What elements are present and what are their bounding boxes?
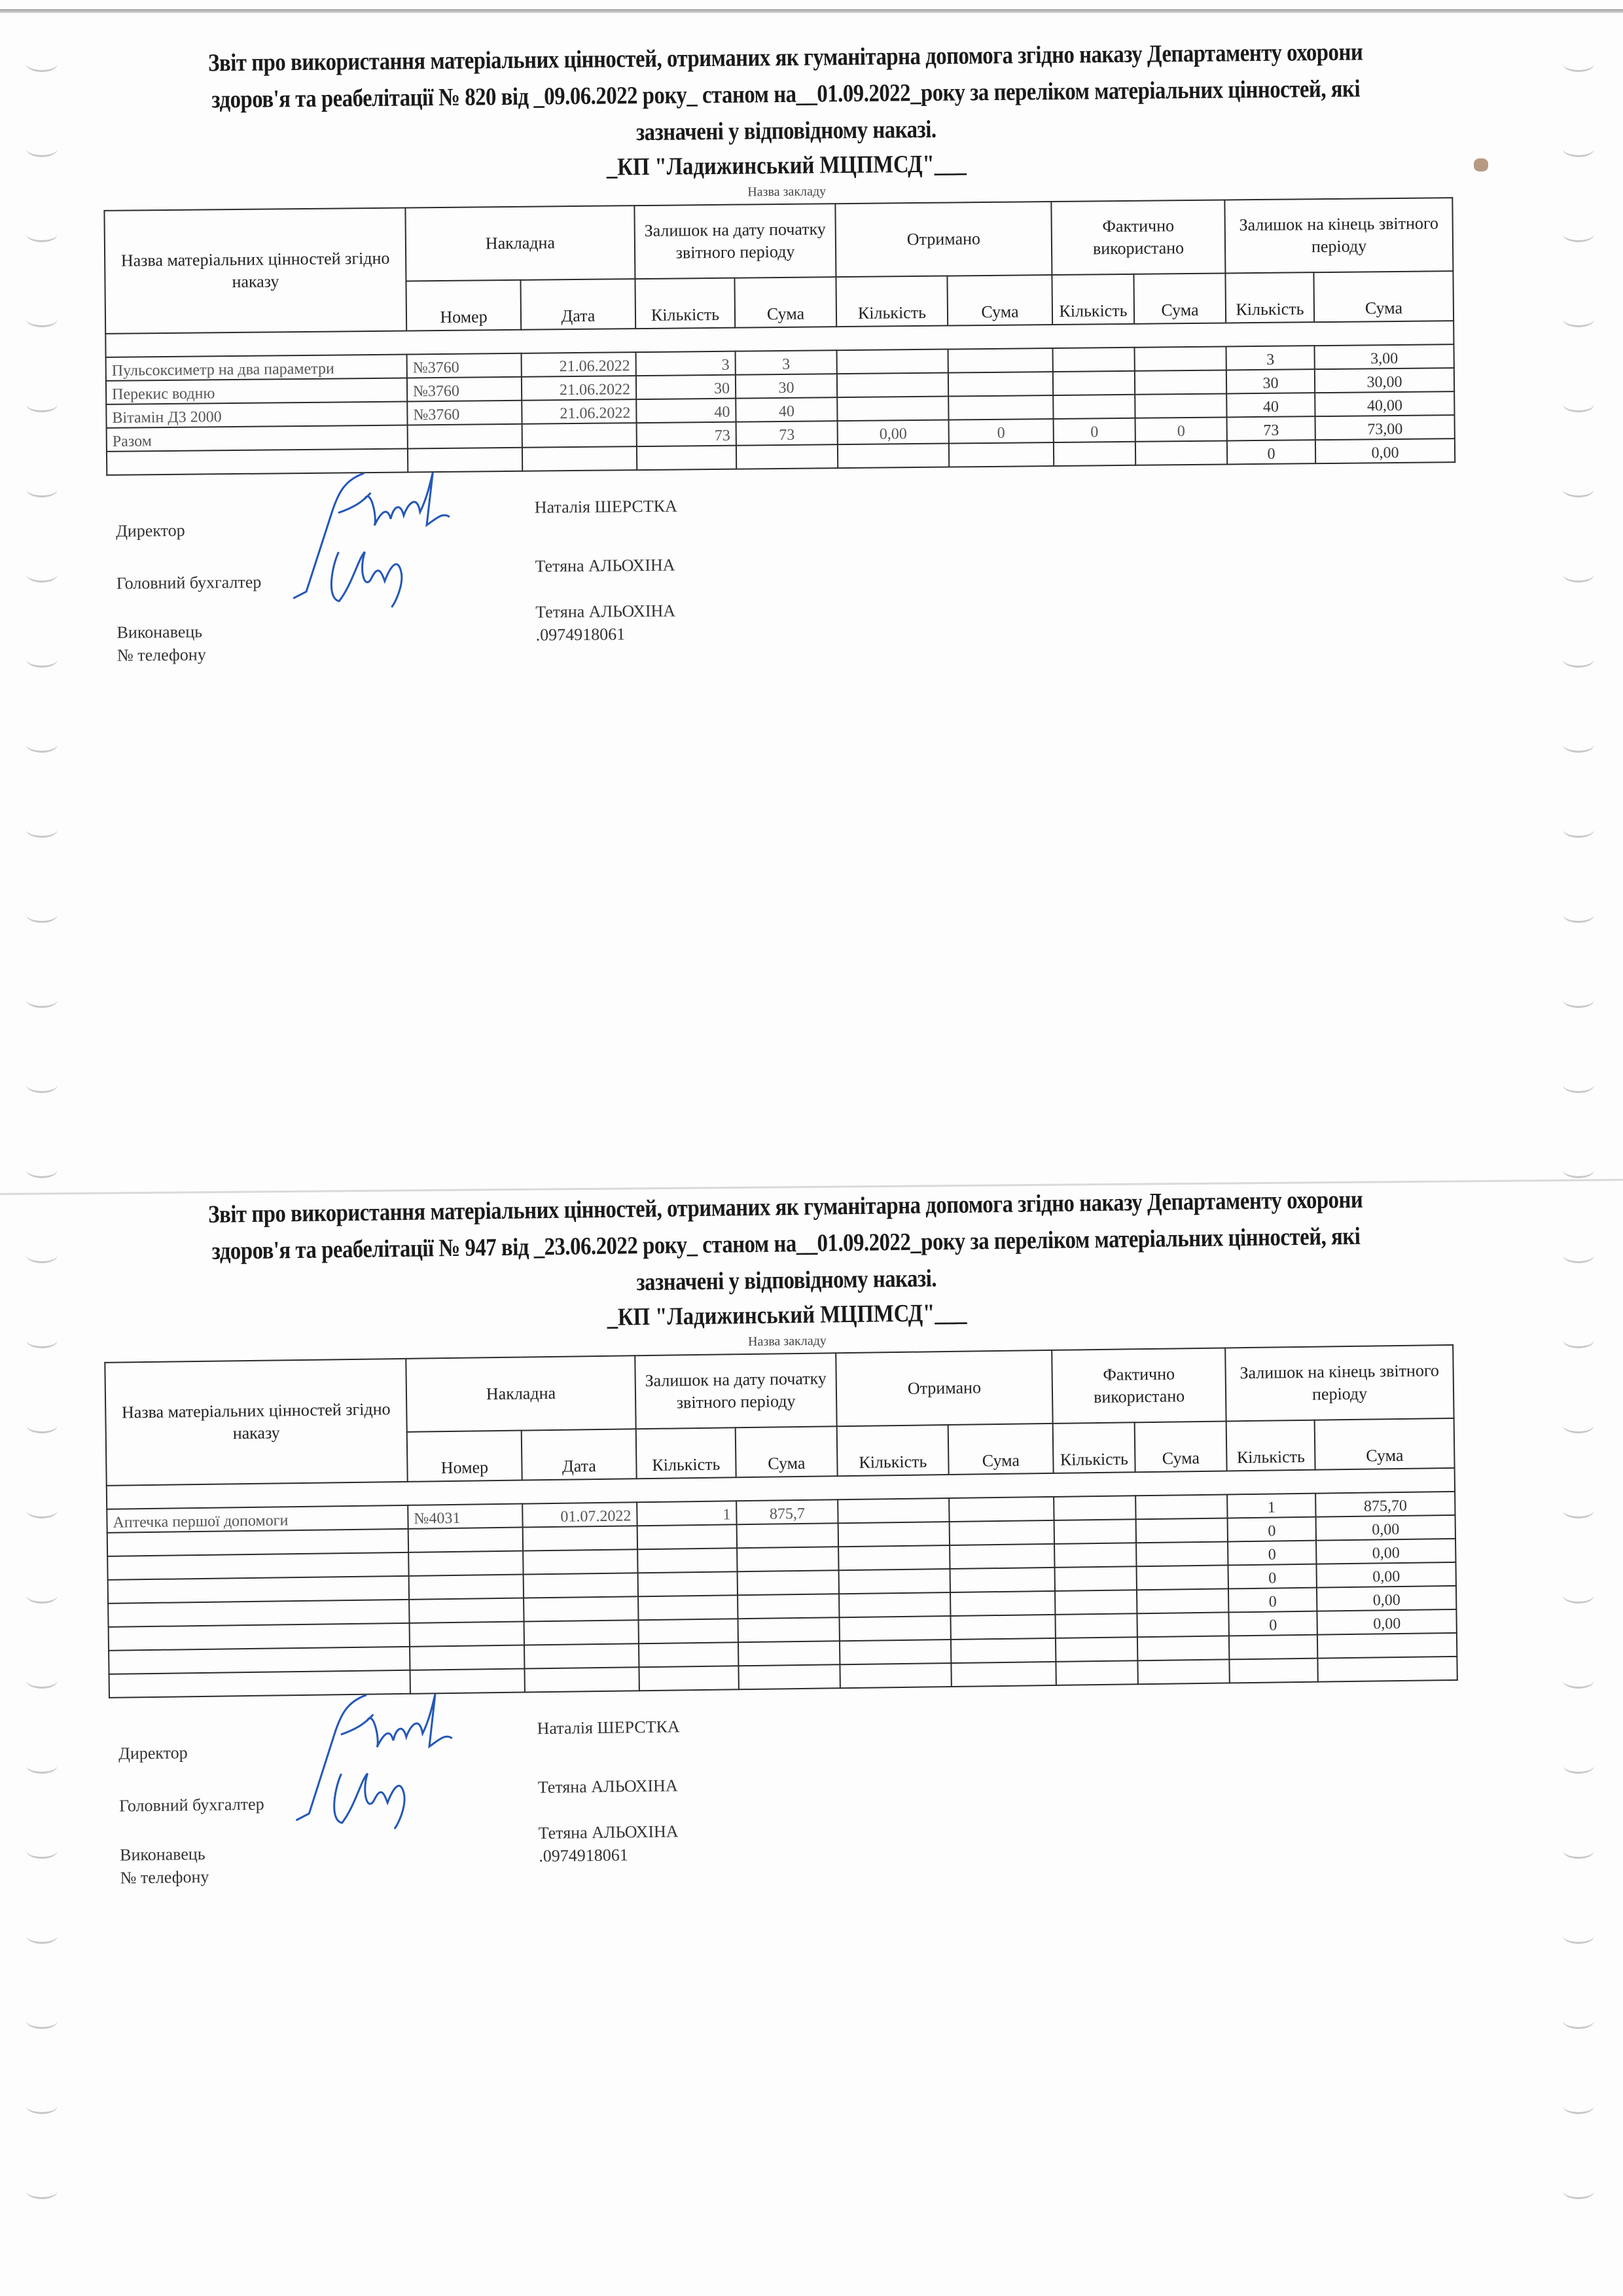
- cell-date: [522, 423, 637, 448]
- col-header-qty: Кількість: [1226, 1420, 1315, 1471]
- director-name: Наталія ШЕРСТКА: [537, 1717, 679, 1738]
- cell-end-sum: 0,00: [1315, 439, 1455, 463]
- accountant-name: Тетяна АЛЬОХІНА: [535, 556, 675, 577]
- punch-hole: [26, 1417, 58, 1433]
- cell-recv-qty: [840, 1663, 951, 1688]
- cell-start-qty: 1: [637, 1501, 736, 1526]
- cell-date: [523, 1549, 637, 1574]
- cell-start-sum: [738, 1641, 840, 1666]
- punch-hole: [1563, 906, 1594, 923]
- col-header-used: Фактично використано: [1051, 200, 1225, 275]
- cell-used-sum: [1136, 1518, 1228, 1543]
- cell-date: [524, 1596, 638, 1621]
- punch-hole: [26, 736, 58, 753]
- punch-hole: [1563, 821, 1594, 838]
- cell-recv-sum: [950, 1520, 1054, 1545]
- cell-end-qty: 0: [1228, 1517, 1316, 1542]
- col-header-qty: Кількість: [636, 1427, 736, 1479]
- punch-hole: [1563, 1162, 1594, 1178]
- cell-recv-sum: [949, 1497, 1054, 1522]
- signature-block: Директор Наталія ШЕРСТКА Головний бухгал…: [105, 1693, 1481, 1881]
- cell-used-qty: [1055, 1613, 1137, 1638]
- cell-name: [109, 1647, 410, 1674]
- cell-end-qty: 0: [1228, 1541, 1316, 1566]
- punch-hole: [26, 56, 58, 72]
- cell-name: [108, 1576, 409, 1604]
- phone-number: .0974918061: [539, 1845, 628, 1866]
- col-header-sum: Сума: [1313, 271, 1454, 322]
- cell-start-qty: 40: [636, 399, 736, 423]
- signature-ink: [268, 1686, 545, 1833]
- punch-hole: [1563, 1077, 1594, 1093]
- cell-used-qty: [1053, 348, 1135, 372]
- cell-start-sum: [736, 444, 838, 469]
- cell-number: №4031: [408, 1504, 522, 1529]
- punch-hole: [1563, 1842, 1594, 1859]
- col-header-balance-end: Залишок на кінець звітного періоду: [1224, 198, 1453, 273]
- cell-start-sum: [738, 1664, 840, 1689]
- col-header-sum: Сума: [736, 1426, 838, 1477]
- cell-recv-qty: [839, 1616, 950, 1641]
- cell-end-sum: 40,00: [1315, 391, 1454, 416]
- punch-hole: [1563, 141, 1594, 157]
- cell-name: Перекис водню: [106, 378, 407, 404]
- punch-hole: [26, 1332, 58, 1348]
- executor-name: Тетяна АЛЬОХІНА: [539, 1821, 679, 1843]
- col-header-sum: Сума: [734, 277, 836, 327]
- col-header-name: Назва матеріальних цінностей згідно нака…: [104, 208, 406, 334]
- cell-name: [107, 1529, 408, 1556]
- cell-start-qty: 73: [637, 422, 736, 446]
- col-header-sum: Сума: [1133, 273, 1226, 323]
- col-header-date: Дата: [522, 1429, 637, 1480]
- cell-start-sum: [738, 1570, 839, 1595]
- col-header-qty: Кількість: [635, 278, 735, 329]
- punch-hole: [26, 2013, 58, 2029]
- cell-start-sum: [738, 1617, 840, 1642]
- director-label: Директор: [118, 1743, 188, 1763]
- cell-number: [408, 424, 522, 449]
- cell-end-sum: 875,70: [1315, 1492, 1455, 1517]
- cell-start-sum: [737, 1523, 838, 1548]
- cell-number: [410, 1622, 524, 1647]
- cell-recv-sum: [950, 1568, 1055, 1592]
- cell-start-qty: [639, 1666, 738, 1691]
- punch-hole: [1563, 651, 1594, 668]
- col-header-sum: Сума: [1315, 1418, 1455, 1470]
- report: Звіт про використання матеріальних цінно…: [98, 33, 1478, 659]
- table-body: Аптечка першої допомоги№403101.07.202218…: [107, 1492, 1457, 1698]
- cell-name: [107, 1552, 408, 1580]
- punch-hole: [26, 311, 58, 327]
- table-header-row: Назва матеріальних цінностей згідно нака…: [104, 198, 1453, 284]
- accountant-name: Тетяна АЛЬОХІНА: [538, 1776, 678, 1797]
- cell-used-qty: [1054, 1496, 1135, 1520]
- cell-number: [410, 1645, 524, 1670]
- cell-name: [109, 1623, 410, 1651]
- director-name: Наталія ШЕРСТКА: [535, 497, 677, 518]
- punch-hole: [26, 1587, 58, 1604]
- cell-start-qty: [639, 1642, 738, 1667]
- cell-used-qty: [1055, 1590, 1137, 1615]
- punch-hole: [1563, 1757, 1594, 1774]
- cell-number: №3760: [407, 401, 522, 425]
- punch-hole: [1563, 2183, 1594, 2199]
- punch-hole: [1563, 396, 1594, 412]
- punch-hole: [26, 1162, 58, 1178]
- report-table: Назва матеріальних цінностей згідно нака…: [103, 197, 1455, 476]
- executor-label: Виконавець: [116, 622, 202, 643]
- punch-hole: [26, 1077, 58, 1093]
- cell-start-qty: [637, 1524, 737, 1549]
- col-header-sum: Сума: [948, 1424, 1054, 1475]
- cell-date: [524, 1643, 639, 1668]
- cell-name: Аптечка першої допомоги: [107, 1505, 408, 1533]
- cell-used-sum: [1135, 440, 1227, 465]
- punch-hole: [1563, 1928, 1594, 1944]
- cell-used-qty: 0: [1054, 418, 1135, 442]
- cell-recv-sum: [950, 1615, 1055, 1640]
- accountant-label: Головний бухгалтер: [119, 1795, 264, 1816]
- cell-number: №3760: [407, 353, 522, 378]
- cell-used-sum: [1135, 393, 1226, 418]
- cell-end-qty: [1229, 1659, 1317, 1683]
- punch-hole: [26, 2098, 58, 2114]
- cell-used-sum: [1137, 1659, 1229, 1684]
- cell-recv-qty: 0,00: [838, 420, 949, 445]
- cell-start-sum: 73: [736, 421, 838, 445]
- cell-date: [524, 1573, 638, 1598]
- cell-end-sum: 30,00: [1315, 368, 1454, 393]
- punch-hole: [26, 141, 58, 157]
- punch-hole: [26, 992, 58, 1008]
- cell-used-sum: [1135, 370, 1226, 394]
- cell-used-sum: [1137, 1612, 1228, 1637]
- cell-end-qty: 0: [1228, 1564, 1317, 1589]
- cell-start-qty: [638, 1571, 738, 1596]
- cell-date: 21.06.2022: [522, 352, 636, 377]
- col-header-qty: Кількість: [837, 1425, 949, 1476]
- cell-recv-sum: [951, 1662, 1056, 1687]
- punch-hole: [26, 1502, 58, 1518]
- cell-start-sum: 875,7: [736, 1499, 838, 1524]
- col-header-qty: Кількість: [836, 276, 948, 327]
- punch-hole: [26, 906, 58, 923]
- cell-recv-sum: [950, 1544, 1054, 1569]
- cell-used-qty: [1055, 1566, 1137, 1591]
- cell-date: 21.06.2022: [522, 399, 636, 424]
- cell-used-sum: 0: [1135, 417, 1227, 441]
- cell-recv-qty: [837, 397, 948, 422]
- punch-hole: [1563, 1332, 1594, 1348]
- phone-label: № телефону: [120, 1867, 209, 1888]
- col-header-used: Фактично використано: [1052, 1348, 1226, 1423]
- cell-start-qty: 30: [636, 375, 736, 399]
- cell-end-qty: 30: [1226, 369, 1315, 393]
- punch-hole: [1563, 311, 1594, 327]
- punch-hole: [26, 651, 58, 668]
- cell-start-sum: [738, 1594, 839, 1619]
- cell-used-sum: [1137, 1588, 1228, 1613]
- signature-ink: [266, 465, 542, 612]
- punch-hole: [1563, 736, 1594, 753]
- cell-recv-sum: [948, 348, 1053, 373]
- cell-number: [409, 1575, 524, 1600]
- cell-start-sum: [737, 1547, 838, 1571]
- col-header-qty: Кількість: [1052, 274, 1134, 325]
- punch-hole: [26, 1672, 58, 1689]
- col-header-invoice: Накладна: [406, 1355, 635, 1432]
- cell-recv-sum: [948, 395, 1053, 420]
- cell-end-qty: 0: [1228, 1588, 1317, 1613]
- phone-number: .0974918061: [536, 624, 626, 645]
- report-table: Назва матеріальних цінностей згідно нака…: [104, 1344, 1458, 1698]
- punch-hole: [1563, 1587, 1594, 1604]
- cell-used-sum: [1135, 346, 1226, 370]
- cell-start-qty: [637, 446, 736, 470]
- cell-used-qty: [1054, 1543, 1136, 1568]
- cell-end-qty: [1229, 1635, 1317, 1660]
- cell-date: [524, 1620, 639, 1645]
- col-header-received: Отримано: [836, 1350, 1052, 1426]
- punch-hole: [26, 1247, 58, 1263]
- cell-start-sum: 30: [736, 374, 837, 398]
- cell-date: [523, 1526, 637, 1551]
- cell-start-qty: [639, 1619, 738, 1643]
- punch-hole: [1563, 1247, 1594, 1263]
- report: Звіт про використання матеріальних цінно…: [98, 1180, 1481, 1882]
- phone-label: № телефону: [117, 645, 206, 665]
- cell-recv-qty: [837, 373, 948, 398]
- cell-recv-sum: [948, 372, 1053, 397]
- director-label: Директор: [116, 521, 185, 541]
- cell-number: [409, 1598, 524, 1623]
- cell-end-sum: 73,00: [1315, 415, 1455, 440]
- punch-hole: [1563, 1417, 1594, 1433]
- punch-hole: [1563, 226, 1594, 242]
- cell-recv-qty: [839, 1592, 950, 1617]
- punch-hole: [26, 1757, 58, 1774]
- punch-hole: [26, 1842, 58, 1859]
- cell-number: №3760: [407, 377, 522, 402]
- cell-recv-sum: [951, 1638, 1056, 1663]
- punch-hole: [1563, 1672, 1594, 1689]
- punch-hole: [1563, 566, 1594, 583]
- col-header-balance-start: Залишок на дату початку звітного періоду: [634, 204, 836, 279]
- cell-end-qty: 0: [1227, 440, 1315, 464]
- cell-start-qty: 3: [636, 351, 736, 376]
- cell-used-qty: [1056, 1660, 1137, 1685]
- cell-end-sum: 0,00: [1316, 1539, 1455, 1564]
- cell-used-sum: [1136, 1541, 1228, 1566]
- paper-stain: [1474, 158, 1488, 171]
- cell-used-sum: [1137, 1565, 1228, 1590]
- cell-start-sum: 40: [736, 397, 837, 422]
- cell-end-qty: 73: [1227, 416, 1315, 440]
- cell-recv-qty: [838, 444, 949, 469]
- col-header-name: Назва матеріальних цінностей згідно нака…: [105, 1359, 407, 1486]
- punch-hole: [26, 396, 58, 412]
- col-header-qty: Кількість: [1053, 1422, 1135, 1473]
- cell-used-sum: [1137, 1636, 1229, 1660]
- col-header-invoice: Накладна: [405, 206, 635, 281]
- cell-used-qty: [1053, 395, 1135, 419]
- cell-recv-qty: [838, 1498, 949, 1523]
- col-header-number: Номер: [406, 280, 521, 331]
- table-body: Пульсоксиметр на два параметри№376021.06…: [106, 344, 1455, 475]
- cell-date: 21.06.2022: [522, 376, 636, 401]
- executor-name: Тетяна АЛЬОХІНА: [535, 601, 675, 622]
- cell-end-sum: 0,00: [1316, 1515, 1455, 1541]
- punch-hole: [1563, 2098, 1594, 2114]
- cell-name: Пульсоксиметр на два параметри: [106, 354, 407, 380]
- cell-start-sum: 3: [736, 350, 837, 374]
- cell-start-qty: [637, 1548, 737, 1573]
- cell-used-qty: [1054, 1519, 1136, 1544]
- cell-recv-sum: [950, 1591, 1055, 1616]
- cell-end-sum: [1317, 1657, 1457, 1682]
- punch-hole: [26, 821, 58, 838]
- cell-used-sum: [1135, 1494, 1227, 1519]
- col-header-date: Дата: [520, 279, 635, 330]
- cell-number: [408, 1528, 523, 1552]
- scan-page-edge: [0, 9, 1623, 13]
- punch-hole: [1563, 1502, 1594, 1518]
- cell-used-qty: [1054, 442, 1135, 466]
- cell-recv-qty: [837, 350, 948, 374]
- cell-end-qty: 3: [1226, 346, 1315, 370]
- col-header-balance-start: Залишок на дату початку звітного періоду: [635, 1353, 836, 1429]
- cell-end-sum: 0,00: [1317, 1609, 1456, 1635]
- cell-recv-qty: [839, 1569, 950, 1594]
- cell-name: [108, 1600, 409, 1627]
- executor-label: Виконавець: [120, 1844, 205, 1865]
- col-header-qty: Кількість: [1225, 272, 1314, 323]
- cell-number: [408, 1551, 523, 1576]
- cell-date: 01.07.2022: [522, 1502, 637, 1527]
- cell-used-qty: [1056, 1637, 1137, 1662]
- col-header-sum: Сума: [1135, 1421, 1227, 1472]
- cell-used-qty: [1053, 371, 1135, 395]
- cell-end-sum: 0,00: [1317, 1562, 1456, 1588]
- cell-end-qty: 0: [1228, 1611, 1317, 1636]
- punch-hole: [1563, 2013, 1594, 2029]
- punch-hole: [26, 226, 58, 242]
- cell-recv-qty: [838, 1545, 950, 1570]
- col-header-received: Отримано: [835, 202, 1052, 277]
- punch-hole: [1563, 56, 1594, 72]
- cell-end-sum: 3,00: [1315, 344, 1454, 369]
- col-header-sum: Сума: [947, 275, 1052, 326]
- punch-hole: [26, 1928, 58, 1944]
- col-header-balance-end: Залишок на кінець звітного періоду: [1225, 1345, 1454, 1422]
- cell-recv-qty: [840, 1640, 951, 1664]
- cell-end-qty: 40: [1226, 393, 1315, 417]
- cell-recv-qty: [838, 1522, 950, 1547]
- punch-hole: [26, 566, 58, 583]
- punch-hole: [26, 2183, 58, 2199]
- punch-hole: [1563, 992, 1594, 1008]
- cell-recv-sum: 0: [949, 419, 1054, 444]
- cell-end-qty: 1: [1227, 1494, 1315, 1518]
- cell-recv-sum: [949, 442, 1054, 467]
- cell-end-sum: [1317, 1633, 1457, 1659]
- cell-start-qty: [638, 1595, 738, 1620]
- punch-hole: [1563, 481, 1594, 497]
- cell-name: Разом: [107, 425, 408, 451]
- cell-name: Вітамін Д3 2000: [106, 401, 407, 427]
- signature-block: Директор Наталія ШЕРСТКА Головний бухгал…: [102, 476, 1478, 659]
- accountant-label: Головний бухгалтер: [116, 573, 262, 594]
- punch-hole: [26, 481, 58, 497]
- col-header-number: Номер: [407, 1431, 522, 1482]
- cell-end-sum: 0,00: [1317, 1586, 1456, 1611]
